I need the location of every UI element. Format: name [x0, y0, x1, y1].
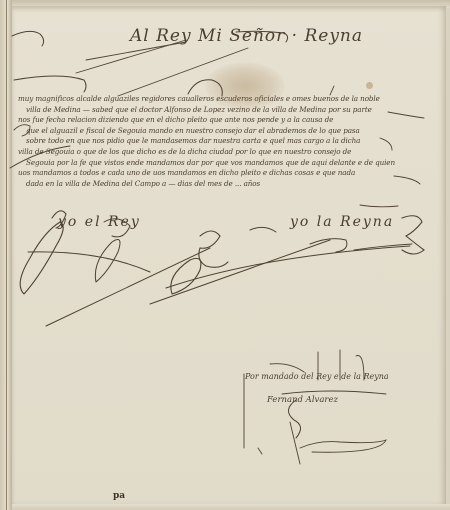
royal-signature-king: yo el Rey	[58, 214, 141, 230]
countersignature-line: Por mandado del Rey e de la Reyna	[245, 372, 425, 381]
secretary-signature: Fernand Alvarez	[267, 395, 425, 405]
folio-mark: pa	[113, 491, 125, 501]
countersignature-block: Por mandado del Rey e de la Reyna Fernan…	[245, 372, 425, 405]
royal-signature-queen: yo la Reyna	[290, 214, 394, 230]
ink-flourishes	[0, 0, 450, 510]
